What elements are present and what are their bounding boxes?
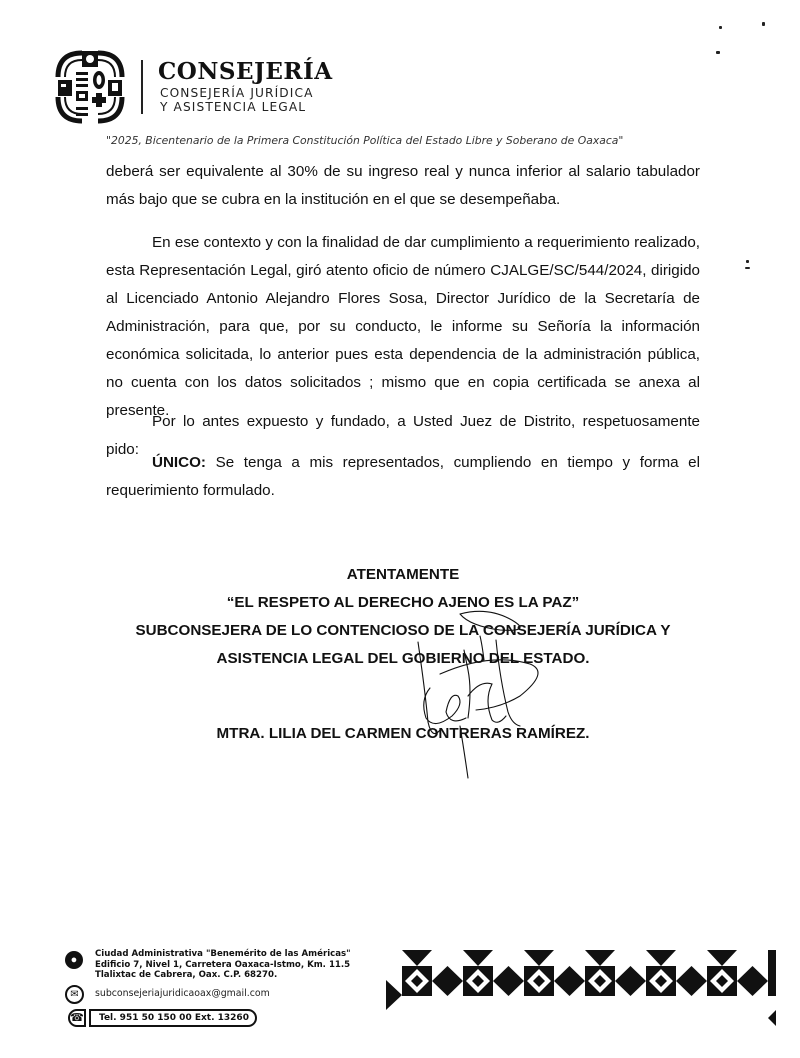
scan-mark [745, 267, 750, 269]
closing-atentamente: ATENTAMENTE [106, 561, 700, 589]
address-line-2: Edificio 7, Nivel 1, Carretera Oaxaca-Is… [95, 960, 351, 971]
envelope-icon: ✉ [65, 985, 84, 1004]
footer-phone: ☎ Tel. 951 50 150 00 Ext. 13260 [68, 1009, 257, 1027]
decorative-geometric-pattern [386, 950, 780, 1030]
footer-address: Ciudad Administrativa "Benemérito de las… [95, 949, 351, 981]
footer-email-link[interactable]: subconsejeriajuridicaoax@gmail.com [95, 988, 270, 999]
location-pin-icon: ● [65, 951, 83, 969]
scan-mark [762, 22, 765, 26]
address-line-3: Tlalixtac de Cabrera, Oax. C.P. 68270. [95, 970, 351, 981]
scan-mark [719, 26, 722, 29]
scan-mark [746, 260, 749, 263]
bicentenary-motto: "2025, Bicentenario de la Primera Consti… [106, 134, 716, 147]
phone-number[interactable]: Tel. 951 50 150 00 Ext. 13260 [89, 1009, 257, 1027]
brand-subtitle-2: Y ASISTENCIA LEGAL [160, 100, 306, 114]
paragraph-4: ÚNICO: Se tenga a mis representados, cum… [106, 449, 700, 505]
scan-mark [716, 51, 720, 54]
unico-label: ÚNICO: [152, 454, 206, 471]
brand-subtitle-1: CONSEJERÍA JURÍDICA [160, 86, 314, 100]
brand-title: CONSEJERÍA [158, 58, 333, 86]
phone-icon: ☎ [68, 1009, 86, 1027]
signer-name: MTRA. LILIA DEL CARMEN CONTRERAS RAMÍREZ… [106, 720, 700, 748]
closing-title-line-1: SUBCONSEJERA DE LO CONTENCIOSO DE LA CON… [106, 617, 700, 645]
paragraph-2: En ese contexto y con la finalidad de da… [106, 229, 700, 425]
consejeria-emblem-logo [52, 47, 128, 127]
address-line-1: Ciudad Administrativa "Benemérito de las… [95, 949, 351, 960]
closing-title-line-2: ASISTENCIA LEGAL DEL GOBIERNO DEL ESTADO… [106, 645, 700, 673]
header-divider [141, 60, 143, 114]
paragraph-1: deberá ser equivalente al 30% de su ingr… [106, 158, 700, 214]
closing-motto: “EL RESPETO AL DERECHO AJENO ES LA PAZ” [106, 589, 700, 617]
